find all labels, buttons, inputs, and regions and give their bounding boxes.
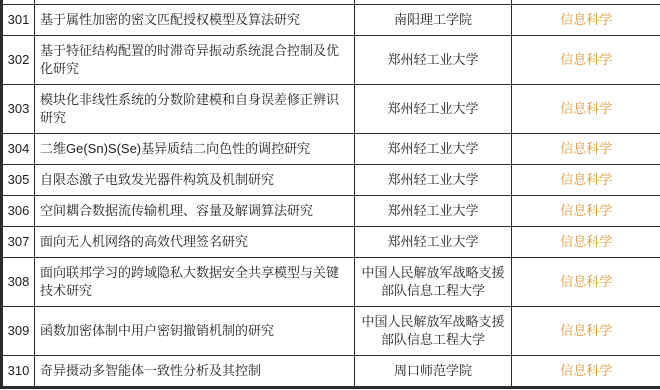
- row-number: 303: [2, 84, 35, 133]
- table-row: 308 面向联邦学习的跨域隐私大数据安全共享模型与关键技术研究 中国人民解放军战…: [2, 257, 660, 306]
- row-number: 302: [2, 35, 35, 84]
- institution-name: 郑州轻工业大学: [355, 84, 512, 133]
- project-title: 函数加密体制中用户密钥撤销机制的研究: [35, 306, 355, 355]
- category-label: 信息科学: [512, 35, 660, 84]
- project-title: 奇异摄动多智能体一致性分析及其控制: [35, 355, 355, 387]
- project-title: 模块化非线性系统的分数阶建模和自身误差修正辨识研究: [35, 84, 355, 133]
- institution-name: 中国人民解放军战略支援部队信息工程大学: [355, 306, 512, 355]
- table-row: 307 面向无人机网络的高效代理签名研究 郑州轻工业大学 信息科学: [2, 226, 660, 257]
- project-title: 自限态激子电致发光器件构筑及机制研究: [35, 164, 355, 195]
- row-number: 307: [2, 226, 35, 257]
- institution-name: 南阳理工学院: [355, 4, 512, 35]
- table-row: 302 基于特征结构配置的时滞奇异振动系统混合控制及优化研究 郑州轻工业大学 信…: [2, 35, 660, 84]
- row-number: 306: [2, 195, 35, 226]
- document-page: 301 基于属性加密的密文匹配授权模型及算法研究 南阳理工学院 信息科学 302…: [0, 0, 660, 390]
- project-title: 面向无人机网络的高效代理签名研究: [35, 226, 355, 257]
- row-number: 304: [2, 133, 35, 164]
- category-label: 信息科学: [512, 355, 660, 387]
- project-title: 二维Ge(Sn)S(Se)基异质结二向色性的调控研究: [35, 133, 355, 164]
- institution-name: 郑州轻工业大学: [355, 35, 512, 84]
- row-number: 301: [2, 4, 35, 35]
- project-title: 基于属性加密的密文匹配授权模型及算法研究: [35, 4, 355, 35]
- table-row: 305 自限态激子电致发光器件构筑及机制研究 郑州轻工业大学 信息科学: [2, 164, 660, 195]
- institution-name: 郑州轻工业大学: [355, 226, 512, 257]
- row-number: 305: [2, 164, 35, 195]
- category-label: 信息科学: [512, 226, 660, 257]
- table-row: 310 奇异摄动多智能体一致性分析及其控制 周口师范学院 信息科学: [2, 355, 660, 387]
- project-list-table: 301 基于属性加密的密文匹配授权模型及算法研究 南阳理工学院 信息科学 302…: [0, 0, 660, 389]
- table-row: 303 模块化非线性系统的分数阶建模和自身误差修正辨识研究 郑州轻工业大学 信息…: [2, 84, 660, 133]
- category-label: 信息科学: [512, 164, 660, 195]
- category-label: 信息科学: [512, 133, 660, 164]
- table-row: 304 二维Ge(Sn)S(Se)基异质结二向色性的调控研究 郑州轻工业大学 信…: [2, 133, 660, 164]
- project-title: 基于特征结构配置的时滞奇异振动系统混合控制及优化研究: [35, 35, 355, 84]
- institution-name: 郑州轻工业大学: [355, 195, 512, 226]
- table-row: 301 基于属性加密的密文匹配授权模型及算法研究 南阳理工学院 信息科学: [2, 4, 660, 35]
- institution-name: 郑州轻工业大学: [355, 164, 512, 195]
- table-row: 309 函数加密体制中用户密钥撤销机制的研究 中国人民解放军战略支援部队信息工程…: [2, 306, 660, 355]
- category-label: 信息科学: [512, 257, 660, 306]
- category-label: 信息科学: [512, 306, 660, 355]
- project-title: 面向联邦学习的跨域隐私大数据安全共享模型与关键技术研究: [35, 257, 355, 306]
- row-number: 309: [2, 306, 35, 355]
- category-label: 信息科学: [512, 4, 660, 35]
- category-label: 信息科学: [512, 84, 660, 133]
- row-number: 310: [2, 355, 35, 387]
- institution-name: 周口师范学院: [355, 355, 512, 387]
- row-number: 308: [2, 257, 35, 306]
- category-label: 信息科学: [512, 195, 660, 226]
- project-title: 空间耦合数据流传输机理、容量及解调算法研究: [35, 195, 355, 226]
- table-row: 306 空间耦合数据流传输机理、容量及解调算法研究 郑州轻工业大学 信息科学: [2, 195, 660, 226]
- institution-name: 郑州轻工业大学: [355, 133, 512, 164]
- institution-name: 中国人民解放军战略支援部队信息工程大学: [355, 257, 512, 306]
